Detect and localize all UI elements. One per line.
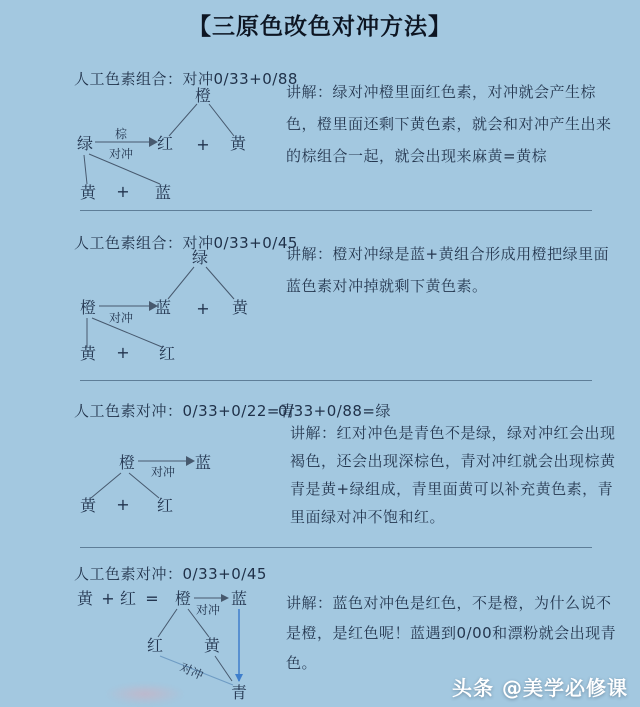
arrowhead-icon	[221, 594, 229, 602]
connector-source-to-bottomleft	[84, 155, 87, 184]
section-divider	[80, 547, 592, 548]
page-title: 【三原色改色对冲方法】	[0, 8, 640, 41]
node-eq-mid: 红	[120, 589, 136, 608]
node-target: 红	[157, 134, 173, 153]
connector-top-to-left	[169, 104, 197, 136]
node-bottom-right: 红	[159, 344, 175, 363]
connector-source-to-childleft	[158, 609, 177, 637]
node-mid-right: 黄	[232, 298, 249, 317]
node-bottom-left: 黄	[80, 344, 97, 363]
node-source: 橙	[80, 298, 96, 317]
node-source: 绿	[77, 134, 93, 153]
connector-top-to-right	[206, 267, 234, 299]
connector-top-to-right	[209, 104, 234, 136]
node-result-bottom: 青	[231, 683, 247, 702]
diagonal-arrow-label: 对冲	[178, 659, 206, 682]
node-eq-left: 黄	[77, 589, 94, 608]
node-source: 橙	[175, 589, 191, 608]
node-bottom-right: 蓝	[155, 183, 171, 202]
node-target: 蓝	[155, 298, 171, 317]
section-divider	[80, 210, 592, 211]
plus-sign: +	[101, 589, 114, 608]
arrow-label-bottom: 对冲	[109, 310, 133, 325]
node-target: 蓝	[195, 453, 211, 472]
diagram-2: 绿 橙 对冲 蓝 + 黄 黄 + 红	[58, 248, 283, 366]
plus-sign: +	[196, 299, 209, 318]
section-2-explanation: 讲解：橙对冲绿是蓝+黄组合形成用橙把绿里面 蓝色素对冲掉就剩下黄色素。	[286, 238, 634, 302]
diagram-3: 橙 对冲 蓝 黄 + 红	[58, 440, 283, 518]
connector-top-to-left	[168, 267, 194, 299]
pink-smudge-artifact	[105, 683, 185, 705]
node-target: 蓝	[231, 589, 247, 608]
section-3-heading-right: 0/33+0/88=绿	[278, 400, 391, 421]
connector-childright-to-result	[215, 656, 232, 681]
node-source: 橙	[119, 453, 135, 472]
node-bottom-left: 黄	[80, 183, 97, 202]
node-child-left: 红	[147, 636, 163, 655]
plus-sign: +	[116, 495, 129, 514]
section-3-explanation: 讲解：红对冲色是青色不是绿，绿对冲红会出现 褐色，还会出现深棕色，青对冲红就会出…	[290, 419, 638, 531]
watermark-brand: 头条	[452, 676, 494, 700]
plus-sign: +	[116, 343, 129, 362]
node-result-top: 绿	[192, 248, 208, 267]
watermark: 头条@美学必修课	[452, 672, 628, 701]
watermark-handle: @美学必修课	[502, 676, 628, 700]
node-result-top: 橙	[195, 86, 211, 105]
arrow-label-bottom: 对冲	[109, 146, 133, 161]
plus-sign: +	[116, 182, 129, 201]
arrowhead-icon	[186, 456, 195, 466]
infographic-page: 【三原色改色对冲方法】 人工色素组合：对冲0/33+0/88 橙 绿 棕 对冲 …	[0, 0, 640, 707]
section-4-explanation: 讲解：蓝色对冲色是红色，不是橙，为什么说不 是橙，是红色呢！蓝遇到0/00和漂粉…	[286, 588, 634, 678]
arrow-label-top: 棕	[115, 126, 128, 141]
node-bottom-left: 黄	[80, 496, 97, 515]
section-3-heading: 人工色素对冲：0/33+0/22=青	[74, 400, 296, 421]
section-1-explanation: 讲解：绿对冲橙里面红色素，对冲就会产生棕 色，橙里面还剩下黄色素，就会和对冲产生…	[286, 76, 634, 172]
diagram-1: 橙 绿 棕 对冲 红 + 黄 黄 + 蓝	[58, 84, 283, 206]
node-mid-right: 黄	[230, 134, 247, 153]
node-bottom-right: 红	[157, 496, 173, 515]
node-child-right: 黄	[204, 636, 221, 655]
section-4-heading: 人工色素对冲：0/33+0/45	[74, 563, 267, 584]
arrowhead-down-icon	[235, 674, 243, 682]
arrow-label-bottom: 对冲	[196, 602, 220, 617]
section-divider	[80, 380, 592, 381]
equals-sign: =	[145, 589, 158, 608]
plus-sign: +	[196, 135, 209, 154]
arrow-label-bottom: 对冲	[151, 464, 175, 479]
